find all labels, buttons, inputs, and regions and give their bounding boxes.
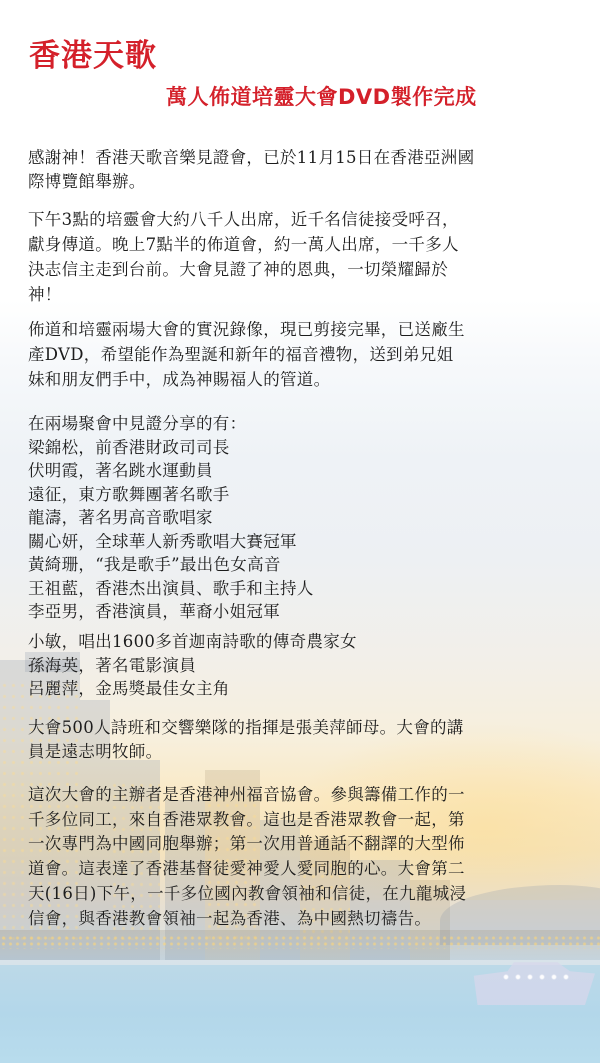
paragraph-attendance: 下午3點的培靈會大約八千人出席，近千名信徒接受呼召， 獻身傳道。晚上7點半的佈道…	[28, 207, 573, 307]
text-line: 決志信主走到台前。大會見證了神的恩典，一切榮耀歸於	[28, 257, 573, 282]
text-line: 這次大會的主辦者是香港神州福音協會。參與籌備工作的一	[28, 783, 573, 808]
text-line: 神！	[28, 282, 573, 307]
text-line: 天(16日)下午，一千多位國內教會領袖和信徒，在九龍城浸	[28, 881, 573, 907]
text-line: 下午3點的培靈會大約八千人出席，近千名信徒接受呼召，	[28, 207, 573, 232]
brand-title: 香港天歌	[29, 38, 157, 74]
text-line: 道會。這表達了香港基督徒愛神愛人愛同胞的心。大會第二	[28, 857, 573, 882]
text-line: 感謝神！香港天歌音樂見證會，已於11月15日在香港亞洲國	[28, 146, 573, 170]
text-line: 千多位同工，來自香港眾教會。這也是香港眾教會一起，第	[28, 808, 573, 833]
paragraph-intro: 感謝神！香港天歌音樂見證會，已於11月15日在香港亞洲國 際博覽館舉辦。	[28, 146, 573, 194]
testimony-list-continued: 小敏，唱出1600多首迦南詩歌的傳奇農家女 孫海英，著名電影演員 呂麗萍，金馬獎…	[28, 630, 573, 701]
text-line: 信會，與香港教會領袖一起為香港、為中國熱切禱告。	[28, 907, 573, 931]
paragraph-organizer: 這次大會的主辦者是香港神州福音協會。參與籌備工作的一 千多位同工，來自香港眾教會…	[28, 783, 573, 931]
testimony-item: 遠征，東方歌舞團著名歌手	[28, 483, 573, 507]
text-line: 際博覽館舉辦。	[28, 170, 573, 194]
testimony-item: 梁錦松，前香港財政司司長	[28, 436, 573, 460]
testimony-item: 伏明霞，著名跳水運動員	[28, 459, 573, 483]
testimony-item: 關心妍，全球華人新秀歌唱大賽冠軍	[28, 530, 573, 554]
paragraph-choir: 大會500人詩班和交響樂隊的指揮是張美萍師母。大會的講 員是遠志明牧師。	[28, 716, 573, 764]
document-page: 香港天歌 萬人佈道培靈大會DVD製作完成 感謝神！香港天歌音樂見證會，已於11月…	[0, 0, 600, 1063]
paragraph-dvd: 佈道和培靈兩場大會的實況錄像，現已剪接完畢，已送廠生 產DVD，希望能作為聖誕和…	[28, 317, 573, 392]
testimony-item: 李亞男，香港演員，華裔小姐冠軍	[28, 600, 573, 624]
testimony-item: 呂麗萍，金馬獎最佳女主角	[28, 677, 573, 701]
text-line: 一次專門為中國同胞舉辦；第一次用普通話不翻譯的大型佈	[28, 832, 573, 857]
testimony-item: 王祖藍，香港杰出演員、歌手和主持人	[28, 577, 573, 601]
text-line: 佈道和培靈兩場大會的實況錄像，現已剪接完畢，已送廠生	[28, 317, 573, 342]
testimony-item: 龍濤，著名男高音歌唱家	[28, 506, 573, 530]
text-line: 大會500人詩班和交響樂隊的指揮是張美萍師母。大會的講	[28, 716, 573, 740]
text-line: 員是遠志明牧師。	[28, 740, 573, 764]
text-line: 妹和朋友們手中，成為神賜福人的管道。	[28, 367, 573, 392]
testimony-item: 小敏，唱出1600多首迦南詩歌的傳奇農家女	[28, 630, 573, 654]
article-subtitle: 萬人佈道培靈大會DVD製作完成	[166, 83, 477, 111]
testimony-intro: 在兩場聚會中見證分享的有：	[28, 412, 573, 436]
testimony-item: 黃綺珊，“我是歌手”最出色女高音	[28, 553, 573, 577]
text-line: 產DVD，希望能作為聖誕和新年的福音禮物，送到弟兄姐	[28, 342, 573, 367]
testimony-item: 孫海英，著名電影演員	[28, 654, 573, 678]
testimony-list: 在兩場聚會中見證分享的有： 梁錦松，前香港財政司司長 伏明霞，著名跳水運動員 遠…	[28, 412, 573, 624]
text-line: 獻身傳道。晚上7點半的佈道會，約一萬人出席，一千多人	[28, 232, 573, 257]
